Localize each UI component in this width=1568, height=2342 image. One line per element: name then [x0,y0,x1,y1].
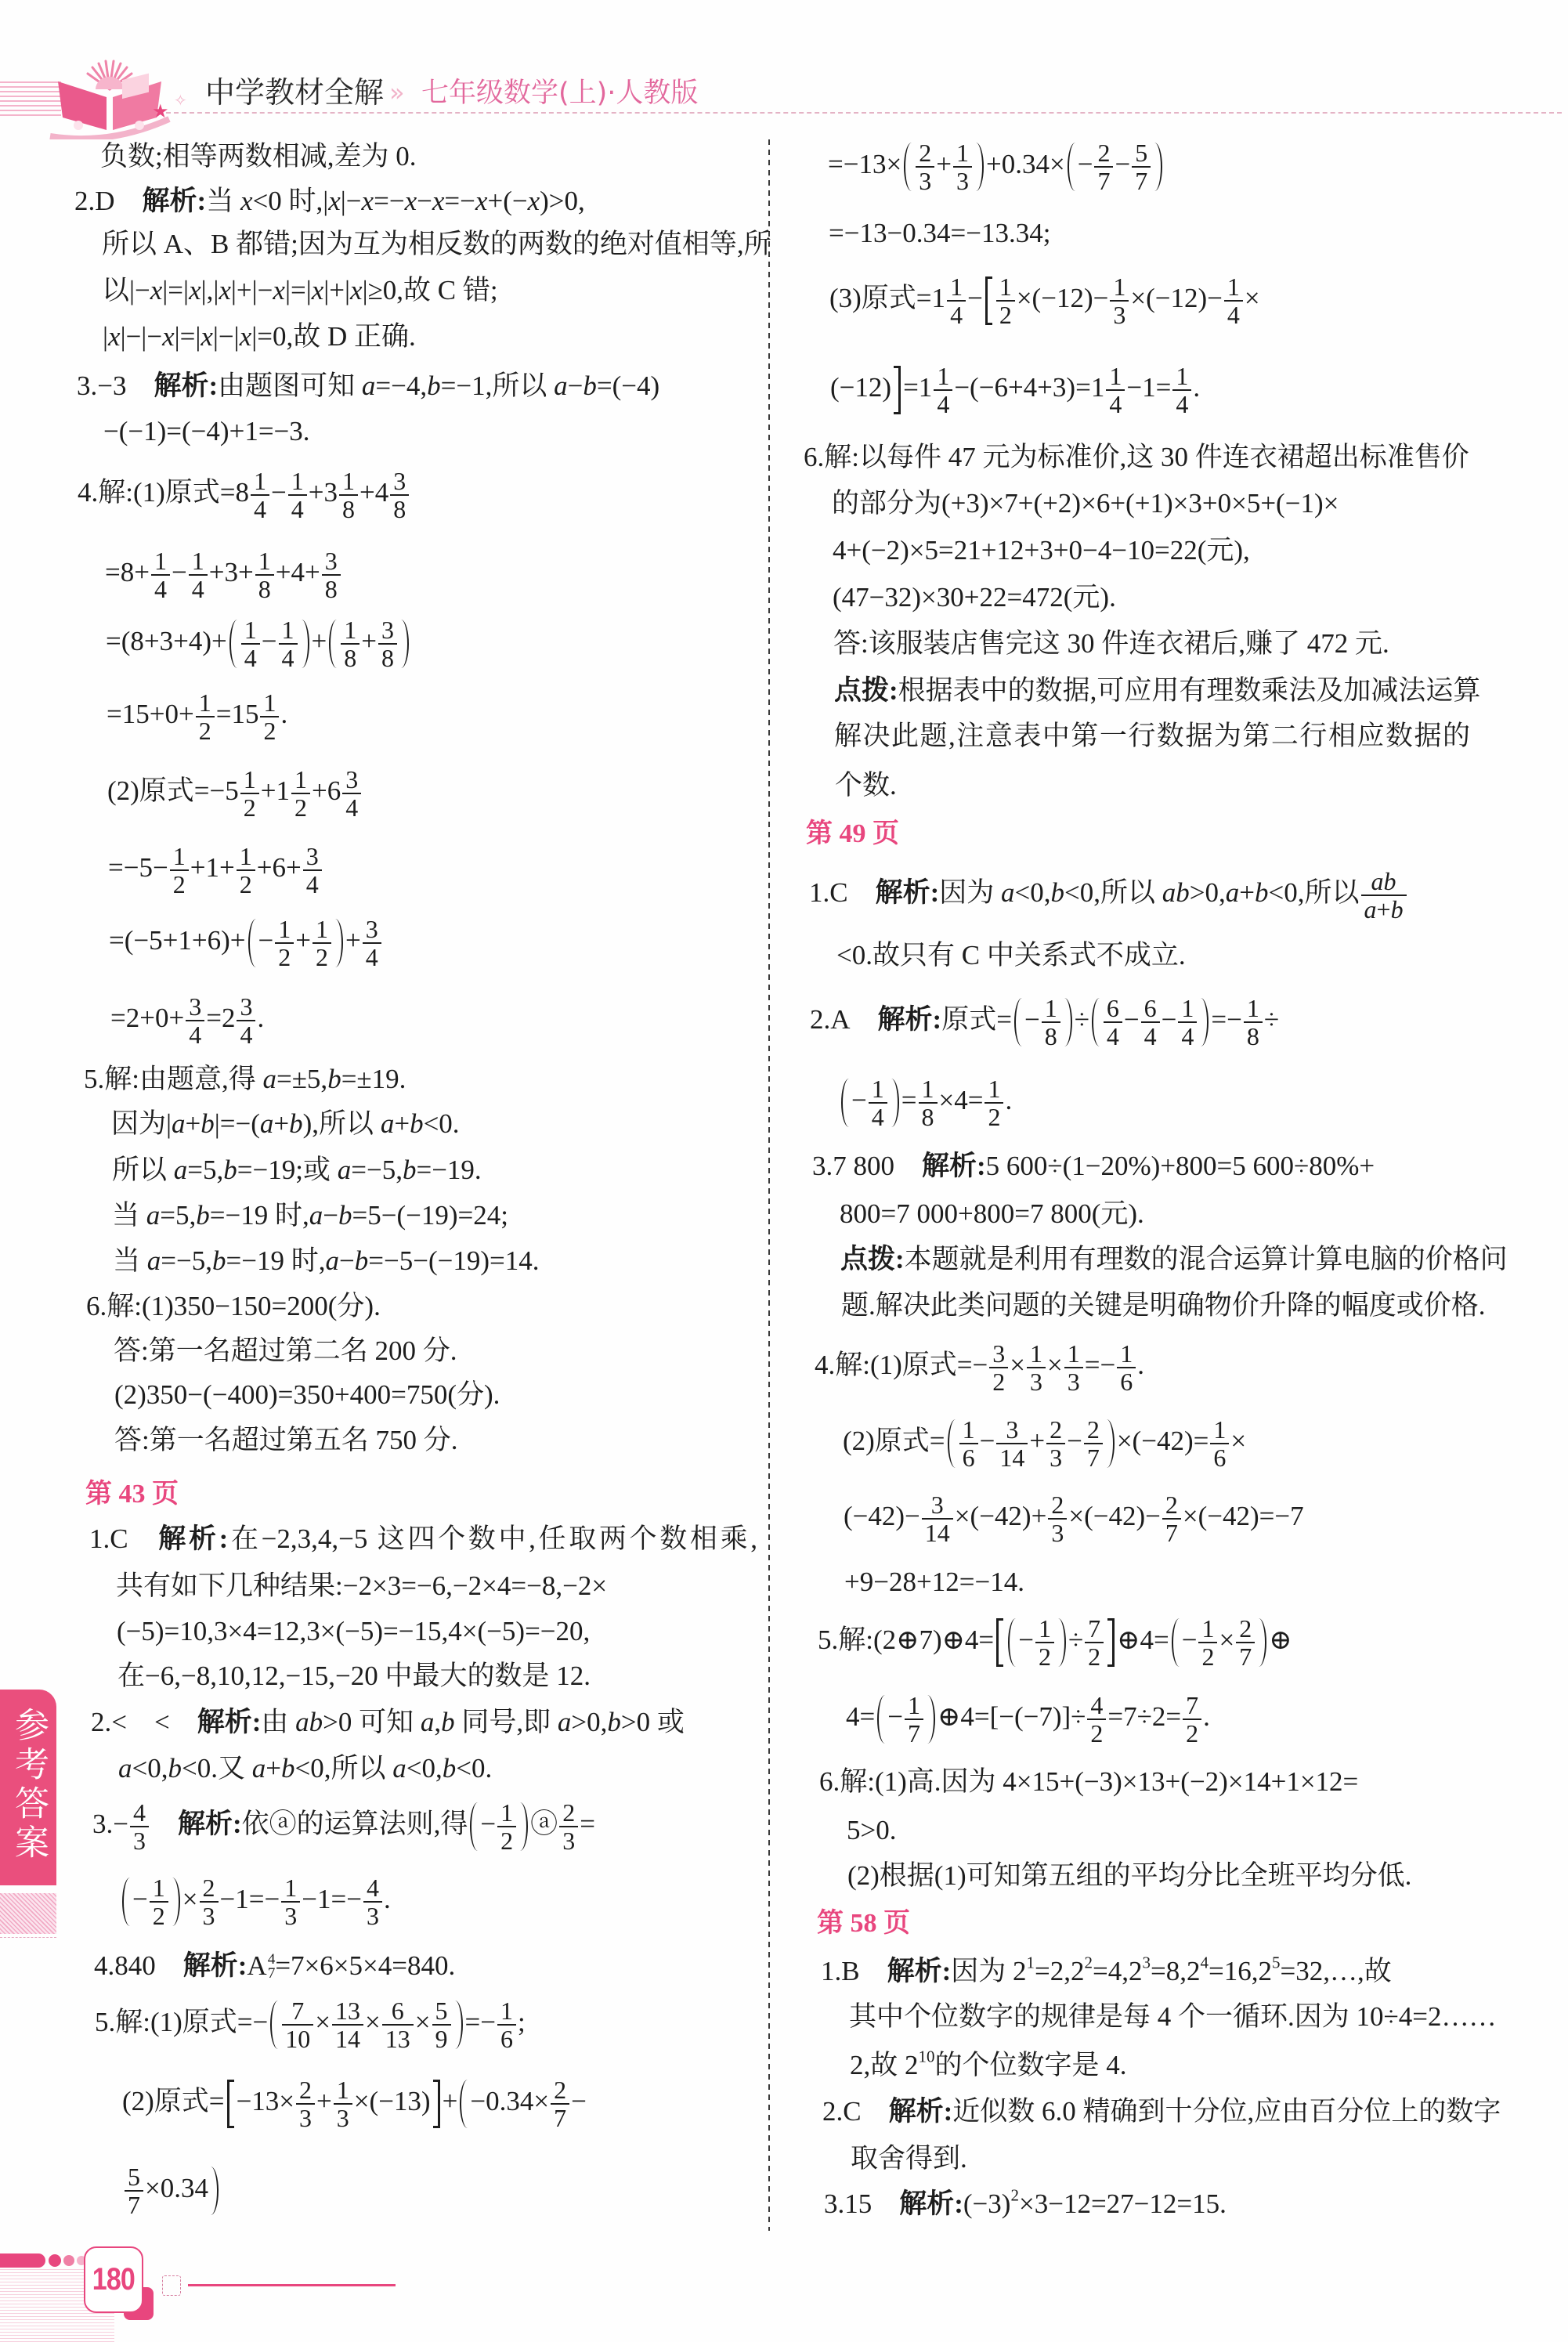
math-variable: b [607,1707,621,1737]
text-run: 1 [291,467,304,495]
math-variable: x [150,275,163,305]
math-variable: a [262,1064,276,1094]
text-run: 1.C [89,1523,156,1554]
fraction: 13 [334,2079,352,2129]
text-run: 7 [1165,1519,1178,1547]
fraction-numerator: 1 [1042,997,1060,1021]
text-run: 2 [203,1874,215,1902]
text-run: 4 [950,301,963,329]
text-run: 4 [1201,1953,1209,1972]
large-delimiter-lp [948,1419,956,1468]
text-run: + [1239,877,1255,908]
text-run: + [936,149,952,179]
large-delimiter-rp [1201,998,1209,1046]
text-run: − [1182,1625,1198,1655]
fraction-denominator: 2 [150,1901,168,1927]
text-run: 的个位数字是 4. [935,2050,1127,2080]
fraction-denominator: 2 [196,716,215,742]
text-run: 由题图可知 [218,370,362,401]
fraction-numerator: 1 [281,1877,300,1901]
large-delimiter-lp [1008,1618,1016,1667]
text-run: =2 [206,1003,235,1033]
text-run: |=| [162,275,189,305]
text-run: 2 [1085,1953,1093,1972]
text-run: 当 [113,1245,147,1276]
math-variable: x [240,186,253,216]
math-variable: b [403,1155,417,1185]
text-run: 13 [335,1997,360,2025]
text-run: . [257,1003,264,1033]
text-run: 4 [240,1021,252,1049]
analysis-label: 解析: [197,1707,262,1737]
text-run: <0,所以 [295,1753,393,1784]
fraction-denominator: 6 [1117,1367,1136,1393]
analysis-label: 解析: [922,1151,986,1181]
text-run: 其中个位数字的规律是每 4 个一循环.因为 10÷4=2…… [849,2001,1496,2032]
fraction: 12 [150,1877,168,1927]
large-delimiter-lp [270,2000,278,2049]
fraction: 12 [170,845,189,895]
answer-item-3: 3.7 800 解析:5 600÷(1−20%)+800=5 600÷80%+ [812,1148,1375,1184]
fraction: 18 [341,619,359,669]
fraction-denominator: 14 [922,1518,953,1544]
math-variable: x [328,186,341,216]
math-variable: a [1226,877,1240,908]
dot-icon [63,2255,74,2266]
text-run: 4 [1090,1691,1103,1719]
text-run: <0,所以 [1064,877,1162,908]
text-run: + [312,626,327,656]
double-chevron-icon: » [389,77,405,108]
text-run: − [1018,1625,1034,1655]
text-run: −1= [1126,372,1171,403]
fraction-denominator: 8 [390,494,409,520]
answer-item-1: 1.B 解析:因为 21=2,22=4,23=8,24=16,25=32,…,故 [821,1953,1392,1990]
math-variable: b [1391,895,1404,923]
fraction-denominator: 4 [947,300,966,326]
fraction-numerator: 1 [288,470,307,494]
text-run: − [1115,149,1130,179]
text-run: 7 [908,1719,920,1747]
fraction: 23 [559,1802,578,1852]
answer-item-2: 2.D 解析:当 x<0 时,|x|−x=−x−x=−x+(−x)>0, [74,183,585,219]
text-run: 1 [988,1075,1000,1103]
text-run: 1 [173,842,186,870]
fraction: 43 [130,1802,149,1852]
fraction: 12 [313,918,331,968]
fraction: 18 [1042,997,1060,1047]
text-run: 2 [153,1902,165,1930]
text-run: (−42)− [844,1501,920,1531]
answer-line: 4=−17⊕4=[−(−7)]÷42=7÷2=72. [846,1694,1210,1744]
text-run: 4 [282,644,294,672]
math-variable: x [528,186,540,216]
text-run: 3 [931,1491,944,1519]
fraction: 14 [1224,276,1243,326]
answer-item-1: 1.C 解析:在−2,3,4,−5 这四个数中,任取两个数相乘, [89,1521,757,1557]
text-run: 1 [1176,362,1188,390]
fraction-denominator: 4 [1106,389,1125,415]
text-run: + [1029,1426,1045,1456]
superscript: 2 [1010,2185,1019,2204]
text-run: 答:第一名超过第二名 200 分. [114,1335,457,1366]
text-run: . [1137,1350,1144,1380]
text-run: 1 [1213,1415,1226,1444]
fraction: 23 [916,142,934,192]
text-run: 7 [268,1965,276,1982]
text-run: 6.解:以每件 47 元为标准价,这 30 件连衣裙超出标准售价 [804,442,1469,472]
text-run: +6+ [257,852,302,883]
large-delimiter-rp [211,2167,219,2215]
fraction-numerator: 1 [279,619,298,643]
fraction-numerator: 1 [240,768,259,793]
math-variable: a [392,1753,406,1784]
fraction: 34 [363,918,381,968]
math-variable: a [146,1200,161,1231]
text-run: =−13−0.34=−13.34; [829,218,1050,248]
answer-item-3: 3.15 解析:(−3)2×3−12=27−12=15. [824,2186,1227,2222]
answer-line: =8+14−14+3+18+4+38 [105,550,342,600]
text-run: =− [1085,1350,1115,1380]
text-run: 1 [872,1075,884,1103]
text-run: 3 [337,2104,349,2132]
text-run: 5.解:(1)原式=− [95,2007,268,2037]
text-run: 6 [1213,1444,1226,1472]
text-run: 13 [385,2025,410,2053]
answer-line: 57×0.34 [123,2166,221,2216]
large-delimiter-rp [335,919,343,967]
text-run: 3 [393,467,406,495]
answer-line: 800=7 000+800=7 800(元). [840,1196,1144,1232]
fraction: 12 [237,845,255,895]
text-run: 2 [173,870,186,898]
fraction-denominator: 3 [334,2103,352,2129]
fraction-numerator: 2 [1236,1617,1255,1642]
text-run: =1 [903,372,932,403]
fraction-denominator: 2 [1087,1719,1106,1744]
fraction-denominator: 3 [281,1901,300,1927]
fraction-denominator: 7 [1132,166,1151,192]
fraction-numerator: 1 [251,470,269,494]
text-run: 1 [1120,1339,1133,1368]
text-run: 2 [1165,1491,1178,1519]
fraction: 64 [1141,997,1160,1047]
text-run: 5.解:由题意,得 [84,1064,262,1094]
large-delimiter-rp [1107,1419,1115,1468]
text-run: − [262,626,277,656]
fraction: 38 [378,619,397,669]
fraction: 27 [551,2079,569,2129]
fraction-denominator: 2 [497,1826,516,1852]
fraction-numerator: 2 [296,2079,315,2103]
fraction: 14 [1106,365,1125,415]
answer-item-2: 2.C 解析:近似数 6.0 精确到十分位,应由百分位上的数字 [822,2094,1486,2130]
fraction-denominator: 3 [1027,1367,1046,1393]
fraction-numerator: 1 [1117,1343,1136,1367]
text-run: 1.B [821,1956,887,1986]
large-delimiter-lp [229,620,237,668]
text-run: =4,2 [1093,1956,1143,1986]
text-run: 3 [1006,1415,1018,1444]
math-variable: a [421,1707,435,1737]
fraction-numerator: 1 [959,1419,978,1443]
text-run: | [103,321,108,352]
fraction: 59 [432,2000,451,2050]
text-run: 6 [1144,994,1157,1022]
text-run: 1 [1109,362,1122,390]
text-run: 近似数 6.0 精确到十分位,应由百分位上的数字 [952,2096,1501,2127]
math-variable: ab [295,1707,323,1737]
fraction-numerator: 3 [322,550,341,574]
text-run: ⊕4=[−(−7)]÷ [938,1701,1086,1732]
text-run: 2 [992,1368,1005,1396]
fraction-denominator: 7 [551,2103,569,2129]
text-run: 同号,即 [455,1707,558,1737]
fraction-numerator: 1 [497,1802,516,1826]
text-run: 3.−3 [77,370,154,401]
fraction: 18 [919,1078,938,1128]
text-run: . [1203,1701,1210,1732]
text-run: = [580,1809,595,1839]
text-run: =− [465,2007,496,2037]
text-run: +3+ [209,557,254,587]
text-run: =5−(−19)=24; [352,1200,509,1231]
text-run: 1 [240,842,252,870]
fraction-numerator: 3 [303,845,322,869]
fraction: 27 [1162,1494,1181,1544]
fraction-denominator: 4 [303,869,322,895]
math-variable: a [362,370,376,401]
text-run: 4 [189,1021,201,1049]
text-run [150,1809,178,1839]
analysis-label: 解析: [178,1809,242,1839]
fraction-numerator: 2 [1094,142,1113,166]
answer-line: (3)原式=114−12×(−12)−13×(−12)−14× [829,276,1260,326]
column-divider [768,139,770,2231]
text-run: =− [1211,1004,1241,1035]
text-run: 1 [922,1075,934,1103]
text-run: 1 [999,273,1012,301]
text-run: 8 [325,575,338,603]
text-run: <0, [406,1753,443,1784]
text-run: 8 [258,575,271,603]
section-heading-page-58: 第 58 页 [817,1906,910,1942]
fraction-denominator: 3 [953,166,972,192]
fraction-denominator: 6 [959,1443,978,1469]
text-run: 本题就是利用有理数的混合运算计算电脑的价格问 [905,1244,1508,1274]
math-variable: ab [1162,877,1190,908]
text-run: 1 [244,616,257,644]
large-delimiter-lp [841,1079,849,1127]
answer-line: +9−28+12=−14. [844,1564,1024,1600]
answer-line: 负数;相等两数相减,差为 0. [100,139,416,175]
large-delimiter-rp [172,1878,180,1926]
answer-item-6: 6.解:(1)350−150=200(分). [86,1288,381,1325]
fraction-numerator: 3 [186,996,204,1020]
answer-line: (2)原式=16−314+23−27×(−42)=16× [843,1419,1246,1469]
fraction-denominator: 14 [996,1443,1028,1469]
text-run: 4 [366,943,378,971]
fraction-numerator: 1 [1224,276,1243,300]
fraction-denominator: a+b [1361,895,1407,920]
answer-line: 当 a=5,b=−19 时,a−b=5−(−19)=24; [112,1198,508,1234]
text-run: =15+0+ [107,699,194,729]
fraction-numerator: 1 [497,2000,516,2024]
text-run: =16,2 [1209,1956,1272,1986]
answer-line: 的部分为(+3)×7+(+2)×6+(+1)×3+0×5+(−1)× [832,486,1339,522]
answer-line: =(−5+1+6)+−12+12+34 [109,918,383,968]
answer-line: (−42)−314×(−42)+23×(−42)−27×(−42)=−7 [844,1494,1304,1544]
text-run: −0.34× [470,2086,549,2116]
math-variable: b [281,1753,295,1784]
page-number: 180 [92,2262,135,2297]
fraction-numerator: 6 [382,2000,414,2024]
fraction-denominator: 3 [559,1826,578,1852]
text-run: 4.840 [94,1950,183,1981]
fraction-numerator: ab [1361,870,1407,895]
text-run: 因为| [111,1108,172,1139]
math-variable: x [362,186,374,216]
text-run: 8 [381,644,394,672]
text-run: +4+ [276,557,320,587]
text-run: 取舍得到. [851,2143,967,2174]
text-run: 4 [937,390,949,418]
fraction-denominator: 7 [1084,1443,1103,1469]
large-delimiter-rp [1058,1618,1066,1667]
text-run: × [1047,1350,1063,1380]
large-delimiter-lp [1172,1618,1180,1667]
answer-line: |x|−|−x|=|x|−|x|=0,故 D 正确. [103,319,416,355]
math-variable: a [174,1155,188,1185]
fraction-numerator: 1 [255,550,274,574]
fraction-denominator: 10 [282,2024,313,2050]
text-run: 1 [937,362,949,390]
fraction: 14 [251,470,269,520]
text-run: 1 [244,765,256,793]
text-run: +9−28+12=−14. [844,1567,1024,1597]
text-run: 3 [1051,1519,1064,1547]
superscript: 5 [1272,1953,1281,1972]
open-book-logo-icon [47,58,172,139]
text-run: − [271,477,287,508]
fraction: 710 [282,2000,313,2050]
fraction-numerator: 1 [869,1078,887,1102]
text-run: 1 [263,689,276,717]
text-run: 所以 A、B 都错;因为互为相反数的两数的绝对值相等,所 [102,229,771,259]
math-variable: b [355,1245,369,1276]
fraction-numerator: 1 [341,619,359,643]
text-run: |+| [323,275,350,305]
fraction-denominator: 4 [1178,1021,1197,1047]
answer-line: (47−32)×30+22=472(元). [833,580,1116,616]
answer-item-6: 6.解:(1)高.因为 4×15+(−3)×13+(−2)×14+1×12= [819,1764,1358,1800]
analysis-label: 解析: [154,370,219,401]
text-run: 1 [1113,273,1125,301]
fraction-numerator: 3 [390,470,409,494]
text-run: 4.解:(1)原式=− [815,1350,988,1380]
text-run: 7 [1186,1691,1198,1719]
text-run: 4= [846,1701,875,1732]
fraction-denominator: 4 [934,389,952,415]
superscript: 4 [1201,1953,1209,1972]
text-run: |≥0,故 C 错; [363,275,498,305]
sparkle-icon: ✧ [174,92,187,108]
section-heading-page-43: 第 43 页 [85,1476,179,1513]
fraction-numerator: 7 [1183,1694,1201,1719]
answer-item-1: 1.C 解析:因为 a<0,b<0,所以 ab>0,a+b<0,所以aba+b [809,870,1408,920]
text-run: (−12) [830,372,891,403]
text-run: ⊕4= [1117,1625,1169,1655]
text-run: 4 [345,793,358,822]
answer-line: a<0,b<0.又 a+b<0,所以 a<0,b<0. [118,1751,492,1787]
text-run: 800=7 000+800=7 800(元). [840,1198,1144,1229]
text-run: ; [518,2007,526,2037]
text-run: 3 [1143,1953,1151,1972]
text-run: =8,2 [1151,1956,1201,1986]
fraction-numerator: 7 [282,2000,313,2024]
text-run: 3 [203,1902,215,1930]
answer-line: (2)原式=−13×23+13×(−13)+−0.34×27− [122,2079,587,2129]
text-run: 4 [1109,390,1122,418]
text-run: − [339,1245,355,1276]
math-variable: b [196,1200,210,1231]
fraction-denominator: 2 [240,793,259,819]
text-run: 7 [291,1997,304,2025]
math-variable: x [240,321,252,352]
text-run: 2 [562,1798,575,1827]
large-delimiter-lp [1092,998,1100,1046]
fraction-numerator: 3 [996,1419,1028,1443]
fraction-denominator: 2 [313,942,331,968]
superscript: 10 [919,2047,935,2066]
superscript: 1 [1027,1953,1035,1972]
fraction: 13 [953,142,972,192]
fraction-numerator: 1 [313,918,331,942]
text-run: |− [341,186,362,216]
text-run: − [323,1200,338,1231]
fraction-denominator: 4 [869,1102,887,1128]
text-run: 4 [1144,1022,1157,1050]
sub-superscript: 47 [268,1953,276,1982]
text-run: 1 [1227,273,1240,301]
text-run: 3 [345,765,358,793]
text-run: 4 [133,1798,146,1827]
text-run: 1 [500,1997,513,2025]
text-run: 7 [1097,167,1110,195]
fraction: 18 [1244,997,1263,1047]
answer-line: =−5−12+1+12+6+34 [108,845,323,895]
text-run: 1 [278,915,291,943]
fraction-numerator: 5 [1132,142,1151,166]
math-variable: b [327,1064,341,1094]
fraction: 57 [125,2166,143,2216]
math-variable: a [558,1707,572,1737]
fraction: 14 [1172,365,1191,415]
answer-line: =15+0+12=1512. [107,692,287,742]
text-run: 由 [261,1707,295,1737]
reference-answers-tab: 参考答案 [0,1690,56,1885]
fraction: 13 [1110,276,1129,326]
text-run: <0 时,| [253,186,329,216]
superscript: 3 [1143,1953,1151,1972]
math-variable: a [147,1245,161,1276]
text-run: 1 [337,2076,349,2104]
text-run: =−19. [416,1155,481,1185]
answer-line: −12×23−1=−13−1=−43. [120,1877,391,1927]
text-run: 3 [562,1827,575,1855]
text-run: 因为 [939,877,1001,908]
math-variable: a [260,1108,274,1139]
